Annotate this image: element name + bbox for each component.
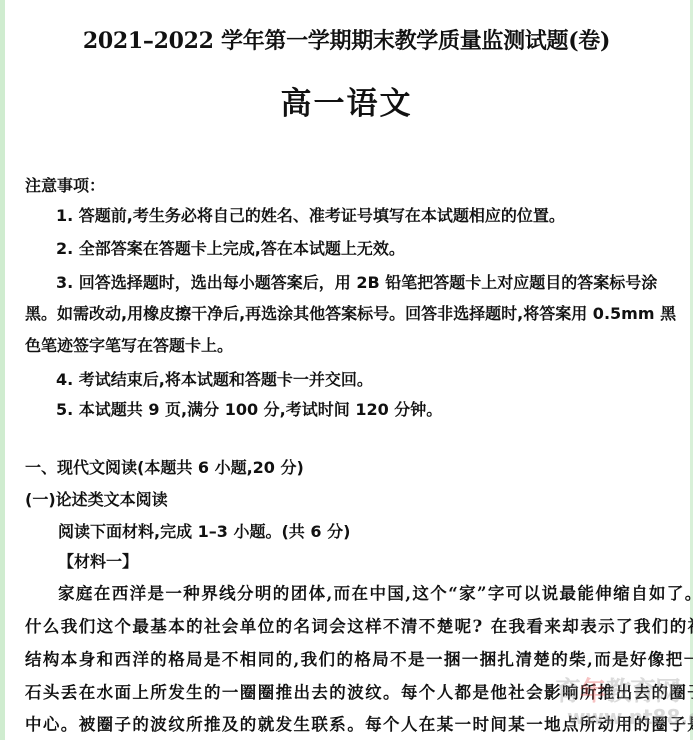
passage-line: 中心。被圈子的波纹所推及的就发生联系。每个人在某一时间某一地点所动用的圈子是不一 <box>25 715 670 735</box>
subject-title: 高一语文 <box>0 78 693 123</box>
note-item-5: 5. 本试题共 9 页,满分 100 分,考试时间 120 分钟。 <box>56 400 442 420</box>
passage-line: 结构本身和西洋的格局是不相同的,我们的格局不是一捆一捆扎清楚的柴,而是好像把一块 <box>25 650 670 670</box>
note-item-1: 1. 答题前,考生务必将自己的姓名、准考证号填写在本试题相应的位置。 <box>56 206 565 226</box>
note-item-2: 2. 全部答案在答题卡上完成,答在本试题上无效。 <box>56 239 405 259</box>
passage-line: 什么我们这个最基本的社会单位的名词会这样不清不楚呢? 在我看来却表示了我们的社会 <box>25 617 670 637</box>
note-item-3-cont-1: 黑。如需改动,用橡皮擦干净后,再选涂其他答案标号。回答非选择题时,将答案用 0.… <box>25 304 676 324</box>
exam-page: 2021–2022 学年第一学期期末教学质量监测试题(卷) 高一语文 注意事项：… <box>0 0 693 740</box>
passage-line: 家庭在西洋是一种界线分明的团体,而在中国,这个“家”字可以说最能伸缩自如了。为 <box>58 584 670 604</box>
exam-title: 2021–2022 学年第一学期期末教学质量监测试题(卷) <box>0 24 693 55</box>
material-label: 【材料一】 <box>58 552 138 572</box>
passage-line: 石头丢在水面上所发生的一圈圈推出去的波纹。每个人都是他社会影响所推出去的圈子的 <box>25 683 670 703</box>
note-item-3-cont-2: 色笔迹签字笔写在答题卡上。 <box>25 336 233 356</box>
note-item-4: 4. 考试结束后,将本试题和答题卡一并交回。 <box>56 370 373 390</box>
section-subheading: (一)论述类文本阅读 <box>25 490 168 510</box>
section-heading: 一、现代文阅读(本题共 6 小题,20 分) <box>25 458 304 478</box>
section-instruction: 阅读下面材料,完成 1–3 小题。(共 6 分) <box>58 522 350 542</box>
note-item-3: 3. 回答选择题时，选出每小题答案后，用 2B 铅笔把答题卡上对应题目的答案标号… <box>56 273 657 293</box>
notes-heading: 注意事项： <box>25 176 105 196</box>
